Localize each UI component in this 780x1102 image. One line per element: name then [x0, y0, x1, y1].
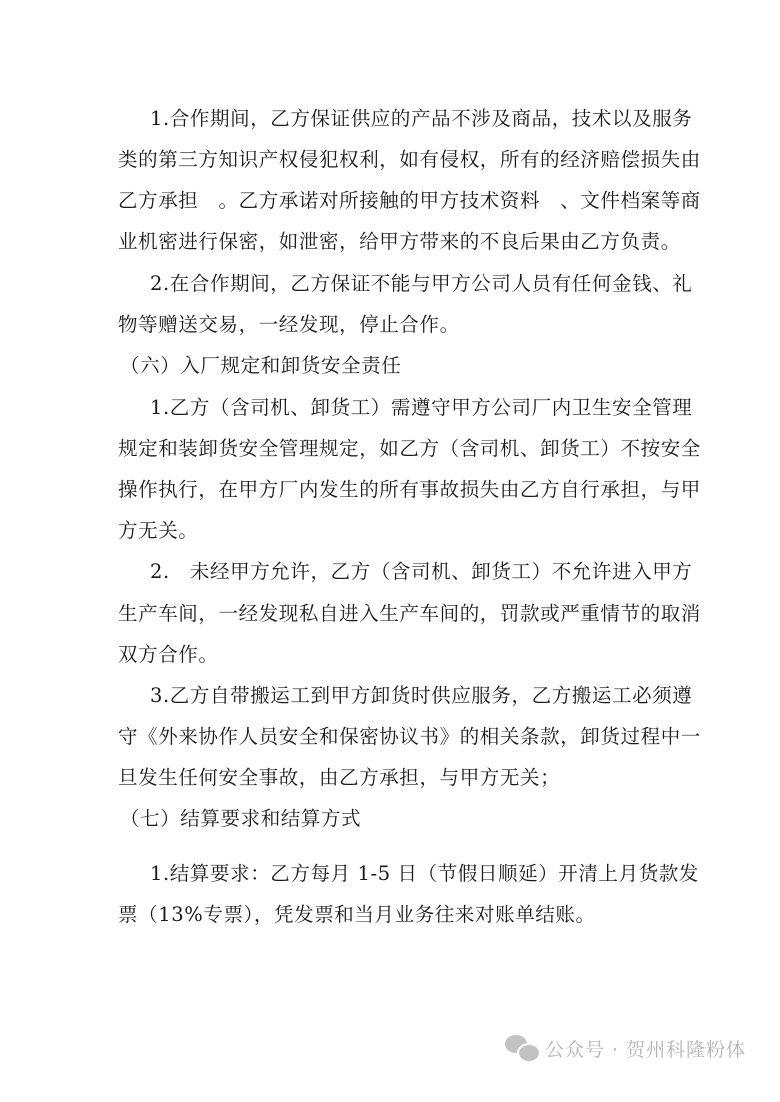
section-heading: （六）入厂规定和卸货安全责任 [120, 354, 401, 378]
paragraph-line: 守《外来协作人员安全和保密协议书》的相关条款，卸货过程中一 [118, 725, 701, 749]
paragraph-line: 1.合作期间，乙方保证供应的产品不涉及商品，技术以及服务 [150, 107, 692, 131]
wechat-icon [505, 1035, 539, 1061]
paragraph-line: 规定和装卸货安全管理规定，如乙方（含司机、卸货工）不按安全 [118, 437, 701, 461]
paragraph-line: 2.在合作期间，乙方保证不能与甲方公司人员有任何金钱、礼 [150, 272, 692, 296]
paragraph-line: 票（13%专票），凭发票和当月业务往来对账单结账。 [118, 903, 596, 927]
paragraph-line: 类的第三方知识产权侵犯权利，如有侵权，所有的经济赔偿损失由 [118, 148, 701, 172]
paragraph-line: 3.乙方自带搬运工到甲方卸货时供应服务，乙方搬运工必须遵 [150, 684, 692, 708]
paragraph-line: 生产车间，一经发现私自进入生产车间的，罚款或严重情节的取消 [118, 602, 701, 626]
paragraph-line: 操作执行，在甲方厂内发生的所有事故损失由乙方自行承担，与甲 [118, 478, 701, 502]
paragraph-line: 1.结算要求：乙方每月 1-5 日（节假日顺延）开清上月货款发 [150, 862, 699, 886]
paragraph-line: 双方合作。 [118, 643, 219, 667]
paragraph-line: 业机密进行保密，如泄密，给甲方带来的不良后果由乙方负责。 [118, 230, 681, 254]
paragraph-line: 2. 未经甲方允许，乙方（含司机、卸货工）不允许进入甲方 [150, 560, 692, 584]
paragraph-line: 方无关。 [118, 519, 198, 543]
paragraph-line: 1.乙方（含司机、卸货工）需遵守甲方公司厂内卫生安全管理 [150, 396, 692, 420]
watermark: 公众号 · 贺州科隆粉体 [505, 1034, 746, 1062]
watermark-text: 公众号 · 贺州科隆粉体 [545, 1035, 746, 1062]
paragraph-line: 物等赠送交易，一经发现，停止合作。 [118, 313, 460, 337]
paragraph-line: 乙方承担 。乙方承诺对所接触的甲方技术资料 、文件档案等商 [118, 189, 701, 213]
section-heading: （七）结算要求和结算方式 [120, 807, 361, 831]
paragraph-line: 旦发生任何安全事故，由乙方承担，与甲方无关； [118, 766, 560, 790]
